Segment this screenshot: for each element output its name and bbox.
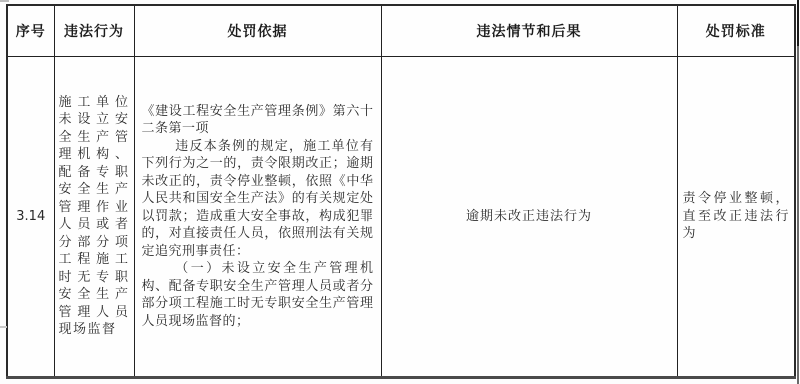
- cell-circumstances: 逾期未改正违法行为: [381, 56, 677, 378]
- document-page: 序号 违法行为 处罚依据 违法情节和后果 处罚标准 3.14 施工单位未设立安全…: [0, 0, 800, 384]
- cell-serial-number: 3.14: [7, 56, 54, 378]
- penalty-table: 序号 违法行为 处罚依据 违法情节和后果 处罚标准 3.14 施工单位未设立安全…: [6, 4, 796, 379]
- penalty-basis-item: （一）未设立安全生产管理机构、配备专职安全生产管理人员或者分部分项工程施工时无专…: [142, 260, 374, 330]
- cell-penalty-basis: 《建设工程安全生产管理条例》第六十二条第一项 违反本条例的规定，施工单位有下列行…: [134, 56, 381, 378]
- header-penalty-standard: 处罚标准: [677, 5, 795, 56]
- cell-penalty-standard: 责令停业整顿，直至改正违法行为: [677, 56, 795, 378]
- header-illegal-act: 违法行为: [54, 5, 134, 56]
- header-circumstances: 违法情节和后果: [381, 5, 677, 56]
- header-serial-number: 序号: [7, 5, 54, 56]
- penalty-basis-body: 违反本条例的规定，施工单位有下列行为之一的，责令限期改正；逾期未改正的，责令停业…: [142, 138, 374, 261]
- scan-mark-artifact: [0, 326, 7, 328]
- scan-mark-artifact: [0, 0, 9, 2]
- cell-illegal-act: 施工单位未设立安全生产管理机构、配备专职安全生产管理作业人员或者分部分项工程施工…: [54, 56, 134, 378]
- table-row: 3.14 施工单位未设立安全生产管理机构、配备专职安全生产管理作业人员或者分部分…: [7, 56, 795, 378]
- penalty-basis-title: 《建设工程安全生产管理条例》第六十二条第一项: [142, 103, 374, 138]
- table-header-row: 序号 违法行为 处罚依据 违法情节和后果 处罚标准: [7, 5, 795, 56]
- header-penalty-basis: 处罚依据: [134, 5, 381, 56]
- scan-edge-artifact: [797, 0, 799, 384]
